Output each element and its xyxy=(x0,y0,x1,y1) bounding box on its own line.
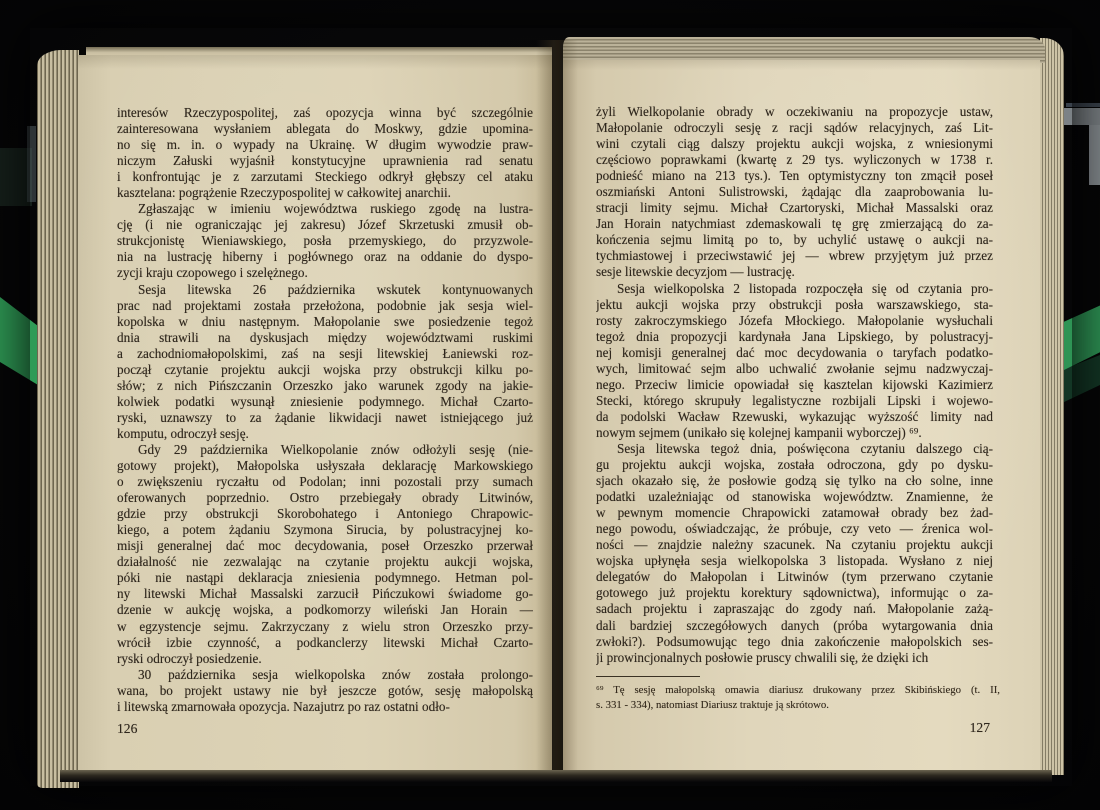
footnote: ⁶⁹ Tę sesję małopolską omawia diariusz d… xyxy=(596,683,1000,713)
text-line: no się m. in. o wypady na Ukrainę. W dłu… xyxy=(117,137,533,153)
text-line: oszmiański Antoni Sulistrowski, żądając … xyxy=(596,184,993,200)
text-line: dnia strawili na dyskusjach między wojew… xyxy=(117,330,533,346)
text-line: Gdy 29 października Wielkopolanie znów o… xyxy=(117,442,533,458)
footnote-rule xyxy=(596,676,700,677)
background-gray-shape-column xyxy=(1089,125,1100,185)
text-line: działalność nie zezwalając na czytanie p… xyxy=(117,554,533,570)
text-line: ny litewski Michał Massalski zarzucił Pi… xyxy=(117,586,533,602)
text-line: niczym Załuski wyjaśnił konstytucyjne up… xyxy=(117,153,533,169)
text-line: wrócił izbie czynność, a podkanclerzy li… xyxy=(117,635,533,651)
text-line: sadach projektu i zapraszając do zgody n… xyxy=(596,601,993,617)
text-line: nej komisji generalnej dać moc decydowan… xyxy=(596,345,993,361)
paragraph: Sesja litewska tegoż dnia, poświęcona cz… xyxy=(596,441,993,666)
text-line: sesje litewskie decyzjom — lustrację. xyxy=(596,264,993,280)
left-page-text: interesów Rzeczypospolitej, zaś opozycja… xyxy=(117,105,533,715)
text-line: a zachodniomałopolskimi, zaś na sesji li… xyxy=(117,346,533,362)
text-line: tychmiastowej i przeciwstawić jej — wbre… xyxy=(596,248,993,264)
paragraph: Sesja wielkopolska 2 listopada rozpoczęł… xyxy=(596,281,993,441)
text-line: zycji kraju czopowego i szelężnego. xyxy=(117,265,533,281)
text-line: kończenia sejmu limitą po to, by uchylić… xyxy=(596,232,993,248)
text-line: ⁶⁹ Tę sesję małopolską omawia diariusz d… xyxy=(596,683,1000,698)
text-line: ności — znajdzie należny szacunek. Na cz… xyxy=(596,537,993,553)
text-line: póki nie nastąpi deklaracja zniesienia p… xyxy=(117,570,533,586)
text-line: o zwiększeniu ryczałtu od Podolan; inni … xyxy=(117,474,533,490)
left-page-edge-stack xyxy=(37,50,79,788)
right-page-edge-stack xyxy=(1040,38,1064,775)
text-line: kopolska w dniu następnym. Małopolanie s… xyxy=(117,314,533,330)
paragraph: Sesja litewska 26 października wskutek k… xyxy=(117,282,533,442)
text-line: oferowanych poprzednio. Ostro przebiegał… xyxy=(117,490,533,506)
right-page-text: żyli Wielkopolanie obrady w oczekiwaniu … xyxy=(596,104,993,666)
text-line: komputu, odroczył sesję. xyxy=(117,426,533,442)
right-page-number: 127 xyxy=(596,720,990,736)
text-line: ji prowincjonalnych posłowie pruscy chwa… xyxy=(596,650,993,666)
text-line: w egzystencje sejmu. Zakrzyczany z wielu… xyxy=(117,619,533,635)
text-line: kasztelana: pogrążenie Rzeczypospolitej … xyxy=(117,185,533,201)
text-line: stracji limity sejmu. Michał Czartoryski… xyxy=(596,200,993,216)
text-line: dali bardziej szczegółowych danych (prób… xyxy=(596,618,993,634)
text-line: w pewnym momencie Chrapowicki zatamował … xyxy=(596,505,993,521)
text-line: interesów Rzeczypospolitej, zaś opozycja… xyxy=(117,105,533,121)
text-line: cję (i nie ograniczając jej zakresu) Józ… xyxy=(117,217,533,233)
text-line: podatki uzależniając od stanowiska wojew… xyxy=(596,489,993,505)
book-photo: interesów Rzeczypospolitej, zaś opozycja… xyxy=(0,0,1100,810)
text-line: gotowy projekt), Małopolska usłyszała de… xyxy=(117,458,533,474)
text-line: nego. Przeciw limicie opowiadał się kasz… xyxy=(596,377,993,393)
text-line: Sesja wielkopolska 2 listopada rozpoczęł… xyxy=(596,281,993,297)
text-line: strukcjonistę Wieniawskiego, posła przem… xyxy=(117,233,533,249)
text-line: 30 października sesja wielkopolska znów … xyxy=(117,667,533,683)
text-line: ryski odroczył posiedzenie. xyxy=(117,651,533,667)
text-line: gotowego już projektu korektury sądownic… xyxy=(596,585,993,601)
text-line: nowym sejmem (unikało się kolejnej kampa… xyxy=(596,425,993,441)
text-line: częściowo poprawkami (kwartę z 29 tys. w… xyxy=(596,152,993,168)
text-line: Sesja litewska 26 października wskutek k… xyxy=(117,282,533,298)
text-line: wojska upłynęła sesja wielkopolska 3 lis… xyxy=(596,553,993,569)
text-line: wana, bo projekt ustawy nie był jeszcze … xyxy=(117,683,533,699)
left-page-number: 126 xyxy=(117,721,137,737)
text-line: nego powodu, oświadczając, że próbuje, c… xyxy=(596,521,993,537)
text-line: Małopolanie odroczyli sesję z racji sądó… xyxy=(596,120,993,136)
text-line: kiego, a potem żądaniu Szymona Sirucia, … xyxy=(117,522,533,538)
text-line: s. 331 - 334), natomiast Diariusz traktu… xyxy=(596,698,1000,713)
paragraph: Gdy 29 października Wielkopolanie znów o… xyxy=(117,442,533,667)
text-line: zwłoki?). Podsumowując tego dnia zakończ… xyxy=(596,634,993,650)
book-gutter xyxy=(536,40,578,776)
text-line: wini czytali ciąg dalszy projektu aukcji… xyxy=(596,136,993,152)
text-line: Zgłaszając w imieniu województwa ruskieg… xyxy=(117,201,533,217)
text-line: prac nad projektami została przełożona, … xyxy=(117,298,533,314)
text-line: nia na lustrację hiberny i pogłównego or… xyxy=(117,249,533,265)
text-line: gu projektu aukcji wojska, została odroc… xyxy=(596,457,993,473)
text-line: podnieść miano na 213 tys.). Ten optymis… xyxy=(596,168,993,184)
paragraph: Zgłaszając w imieniu województwa ruskieg… xyxy=(117,201,533,281)
text-line: dzenie w aukcję wojska, a podkomorzy wil… xyxy=(117,602,533,618)
text-line: słów; z nich Pińszczanin Orzeszko jako w… xyxy=(117,378,533,394)
text-line: ryski, uznawszy to za żądanie likwidacji… xyxy=(117,410,533,426)
text-line: da podolski Wacław Rzewuski, wykazując w… xyxy=(596,409,993,425)
paragraph: interesów Rzeczypospolitej, zaś opozycja… xyxy=(117,105,533,201)
text-line: wych, limitować sejm albo uchwalić zwoła… xyxy=(596,361,993,377)
book-bottom-edge xyxy=(60,770,1052,782)
text-line: Stecki, którego skrupuły legalistyczne r… xyxy=(596,393,993,409)
paragraph: żyli Wielkopolanie obrady w oczekiwaniu … xyxy=(596,104,993,281)
text-line: żyli Wielkopolanie obrady w oczekiwaniu … xyxy=(596,104,993,120)
text-line: misji generalnej dać moc decydowania, po… xyxy=(117,538,533,554)
text-line: począł czytanie projektu aukcji wojska p… xyxy=(117,362,533,378)
text-line: sjach okazało się, że posłowie godzą się… xyxy=(596,473,993,489)
text-line: kolwiek podatki wysunął zniesienie podym… xyxy=(117,394,533,410)
text-line: i litewską zmarnowała opozycja. Nazajutr… xyxy=(117,699,533,715)
text-line: delegatów do Małopolan i Litwinów (tym p… xyxy=(596,569,993,585)
text-line: Jan Horain natychmiast zdemaskowali tę g… xyxy=(596,216,993,232)
text-line: Sesja litewska tegoż dnia, poświęcona cz… xyxy=(596,441,993,457)
text-line: rosty zakroczymskiego Józefa Młockiego. … xyxy=(596,313,993,329)
text-line: zainteresowana wysłaniem ablegata do Mos… xyxy=(117,121,533,137)
text-line: gdzie przy obstrukcji Skorobohatego i An… xyxy=(117,506,533,522)
text-line: jektu aukcji wojska przy obstrukcji posł… xyxy=(596,297,993,313)
paragraph: 30 października sesja wielkopolska znów … xyxy=(117,667,533,715)
text-line: i konfrontując je z zarzutami Steckiego … xyxy=(117,169,533,185)
text-line: tegoż dnia propozycji kardynała Jana Lip… xyxy=(596,329,993,345)
